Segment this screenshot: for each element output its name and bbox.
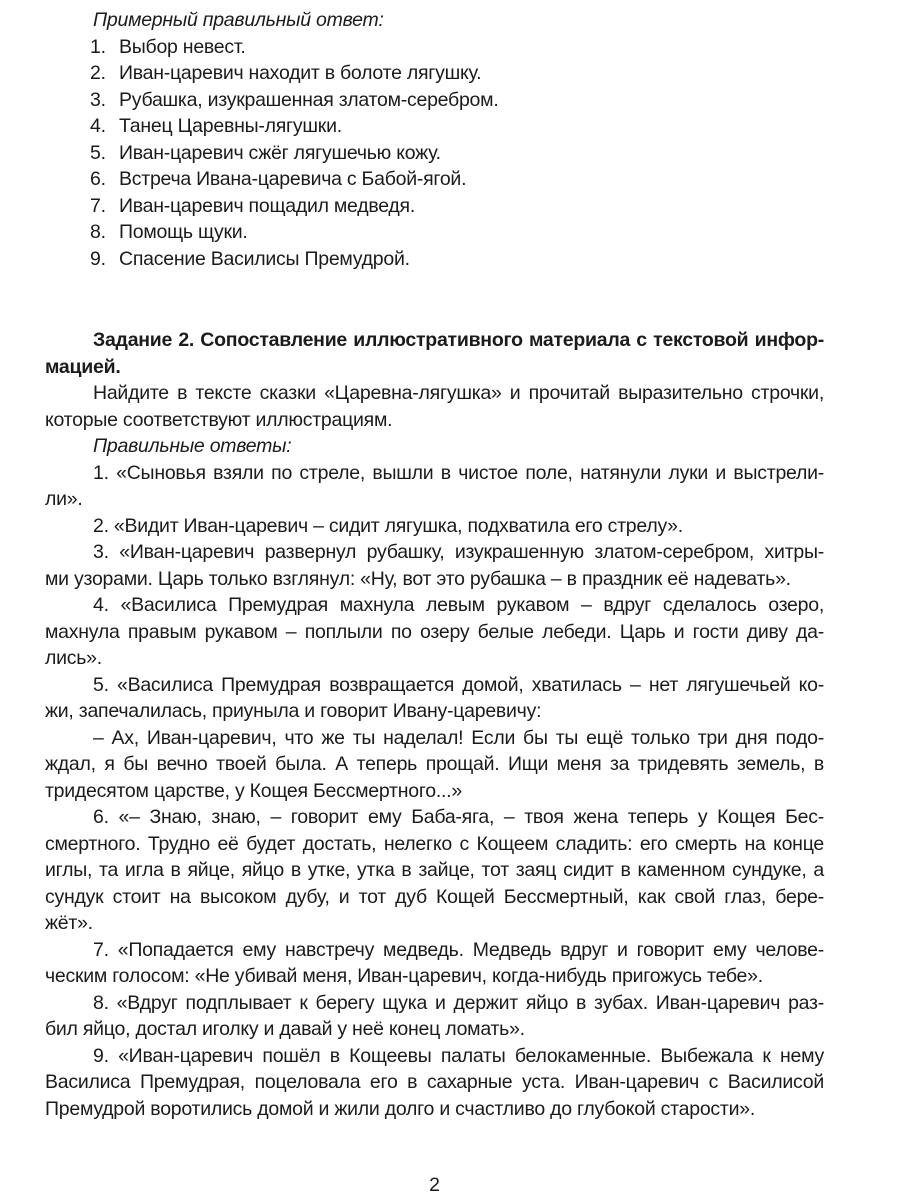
list-item-text: Помощь щуки. — [119, 221, 248, 243]
answer-key-list: 1.Выбор невест.2.Иван-царевич находит в … — [45, 34, 824, 273]
paragraph-line: 4. «Василиса Премудрая махнула левым рук… — [45, 592, 824, 619]
answer-key-heading: Примерный правильный ответ: — [45, 7, 824, 34]
list-item-number: 5. — [90, 140, 119, 167]
paragraph-line: – Ах, Иван-царевич, что же ты наделал! Е… — [45, 725, 824, 752]
paragraph-line: 2. «Видит Иван-царевич – сидит лягушка, … — [45, 513, 824, 540]
paragraph-line: мацией. — [45, 354, 824, 381]
section-gap — [45, 272, 824, 327]
paragraph-line: лись». — [45, 645, 824, 672]
paragraph-line: Премудрой воротились домой и жили долго … — [45, 1096, 824, 1123]
paragraph-line: 7. «Попадается ему навстречу медведь. Ме… — [45, 937, 824, 964]
paragraph-line: смертного. Трудно её будет достать, неле… — [45, 831, 824, 858]
list-item-number: 6. — [90, 166, 119, 193]
list-item: 8.Помощь щуки. — [45, 219, 824, 246]
list-item-number: 8. — [90, 219, 119, 246]
paragraph-line: ждал, я бы вечно твоей была. А теперь пр… — [45, 751, 824, 778]
list-item: 7.Иван-царевич пощадил медведя. — [45, 193, 824, 220]
paragraph-line: ми узорами. Царь только взглянул: «Ну, в… — [45, 566, 824, 593]
list-item-number: 4. — [90, 113, 119, 140]
paragraph-line: 6. «– Знаю, знаю, – говорит ему Баба-яга… — [45, 804, 824, 831]
list-item: 5.Иван-царевич сжёг лягушечью кожу. — [45, 140, 824, 167]
list-item-text: Иван-царевич пощадил медведя. — [119, 195, 415, 217]
paragraph-line: жи, запечалилась, приуныла и говорит Ива… — [45, 698, 824, 725]
page-number: 2 — [45, 1172, 824, 1199]
paragraph-line: ческим голосом: «Не убивай меня, Иван-ца… — [45, 963, 824, 990]
task2-section: Задание 2. Сопоставление иллюстративного… — [45, 327, 824, 1122]
list-item-text: Рубашка, изукрашенная златом-серебром. — [119, 89, 498, 111]
list-item: 9.Спасение Василисы Премудрой. — [45, 246, 824, 273]
list-item: 2.Иван-царевич находит в болоте лягушку. — [45, 60, 824, 87]
list-item-number: 2. — [90, 60, 119, 87]
paragraph-line: 1. «Сыновья взяли по стреле, вышли в чис… — [45, 460, 824, 487]
list-item-text: Иван-царевич сжёг лягушечью кожу. — [119, 142, 441, 164]
list-item-text: Встреча Ивана-царевича с Бабой-ягой. — [119, 168, 466, 190]
list-item-number: 9. — [90, 246, 119, 273]
list-item-number: 3. — [90, 87, 119, 114]
list-item: 3.Рубашка, изукрашенная златом-серебром. — [45, 87, 824, 114]
list-item-text: Спасение Василисы Премудрой. — [119, 248, 410, 270]
list-item-number: 1. — [90, 34, 119, 61]
document-page: Примерный правильный ответ: 1.Выбор неве… — [0, 0, 900, 1200]
paragraph-line: ли». — [45, 486, 824, 513]
paragraph-line: 5. «Василиса Премудрая возвращается домо… — [45, 672, 824, 699]
list-item: 1.Выбор невест. — [45, 34, 824, 61]
paragraph-line: бил яйцо, достал иголку и давай у неё ко… — [45, 1016, 824, 1043]
list-item-text: Иван-царевич находит в болоте лягушку. — [119, 62, 481, 84]
paragraph-line: иглы, та игла в яйце, яйцо в утке, утка … — [45, 857, 824, 884]
paragraph-line: 3. «Иван-царевич развернул рубашку, изук… — [45, 539, 824, 566]
list-item: 6.Встреча Ивана-царевича с Бабой-ягой. — [45, 166, 824, 193]
page-content: Примерный правильный ответ: 1.Выбор неве… — [45, 0, 824, 1122]
paragraph-line: Василиса Премудрая, поцеловала его в сах… — [45, 1069, 824, 1096]
paragraph-line: 9. «Иван-царевич пошёл в Кощеевы палаты … — [45, 1043, 824, 1070]
list-item-text: Выбор невест. — [119, 36, 246, 58]
list-item-number: 7. — [90, 193, 119, 220]
list-item-text: Танец Царевны-лягушки. — [119, 115, 342, 137]
paragraph-line: Задание 2. Сопоставление иллюстративного… — [45, 327, 824, 354]
paragraph-line: жёт». — [45, 910, 824, 937]
paragraph-line: тридесятом царстве, у Кощея Бессмертного… — [45, 778, 824, 805]
paragraph-line: Правильные ответы: — [45, 433, 824, 460]
list-item: 4.Танец Царевны-лягушки. — [45, 113, 824, 140]
paragraph-line: 8. «Вдруг подплывает к берегу щука и дер… — [45, 990, 824, 1017]
paragraph-line: Найдите в тексте сказки «Царевна-лягушка… — [45, 380, 824, 407]
paragraph-line: которые соответствуют иллюстрациям. — [45, 407, 824, 434]
paragraph-line: махнула правым рукавом – поплыли по озер… — [45, 619, 824, 646]
paragraph-line: сундук стоит на высоком дубу, и тот дуб … — [45, 884, 824, 911]
